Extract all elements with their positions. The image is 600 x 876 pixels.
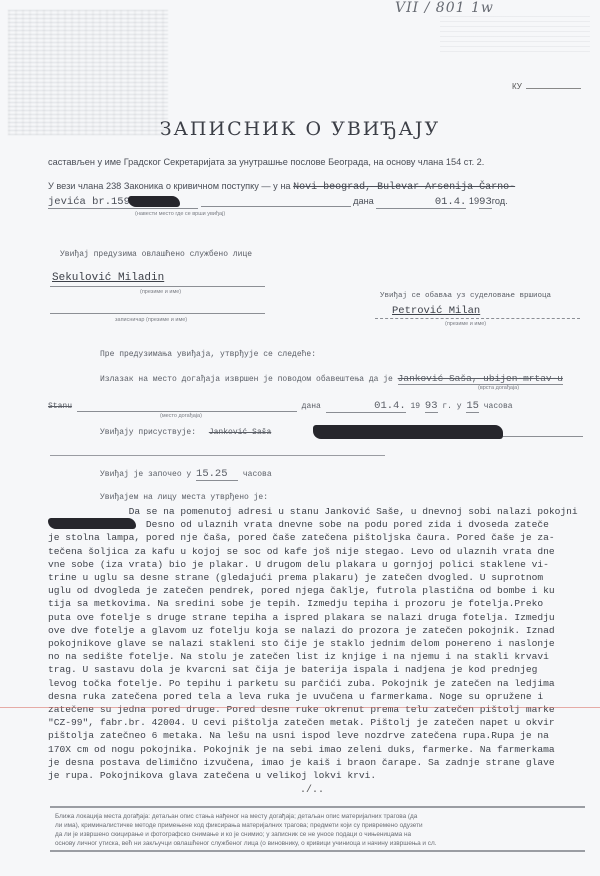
- event-date-value: 01.4.: [326, 400, 406, 413]
- footer-instructions: Ближа локација места догађаја: детаљан о…: [55, 812, 585, 848]
- footer-line: ли има), криминалистичке методе примењен…: [55, 821, 585, 830]
- footer-line: Ближа локација места догађаја: детаљан о…: [55, 812, 585, 821]
- date-label: дана: [353, 196, 374, 206]
- place-word: Stanu: [48, 402, 72, 411]
- official-label: Увиђај предузима овлашћено службено лице: [60, 250, 252, 259]
- findings-body: Da se na pomenutoj adresi u stanu Jankov…: [48, 505, 588, 782]
- body-line: je rupa. Pokojnikova glava zatečena u ve…: [48, 769, 588, 782]
- event-hours-word: часова: [484, 402, 513, 411]
- place-caption: (навести место где се врши увиђај): [135, 211, 225, 217]
- judge-label: Увиђај се обавља уз суделовање вршиоца: [380, 292, 551, 300]
- present-blank-line: [503, 436, 583, 437]
- body-line: trine u uglu sa desne strane (gledajući …: [48, 571, 588, 584]
- body-line: pokojnikove glave se nalazi stakleni sto…: [48, 637, 588, 650]
- scan-artifact-line: [0, 707, 600, 708]
- body-line: pištolja zatečneo 6 metaka. Na lešu na u…: [48, 729, 588, 742]
- start-label: Увиђај је започео у: [100, 470, 191, 479]
- place-blank: [201, 196, 351, 207]
- redaction-address-number: [128, 196, 180, 207]
- header-line-1: састављен у име Градског Секретаријата з…: [48, 157, 578, 167]
- event-hour-value: 15: [466, 400, 479, 413]
- header-line-2-prefix: У вези члана 238 Законика о кривичном по…: [48, 181, 291, 191]
- present-line: Увиђају присуствује: Janković Saša: [100, 428, 271, 437]
- start-time: 15.25: [196, 468, 238, 481]
- footer-line: основу личног утиска, већ ни закључци ов…: [55, 839, 585, 848]
- ku-blank-line: [526, 88, 581, 89]
- present-second-line: [50, 455, 385, 456]
- redaction-deceased-name: [48, 518, 136, 529]
- body-line: levog točka fotelje. Po tepihu i parketu…: [48, 677, 588, 690]
- scanned-document-page: VII / 801 1w КУ ЗАПИСНИК О УВИЂАЈУ саста…: [0, 0, 600, 876]
- body-line: je stolna lampa, pored nje čaša, pored č…: [48, 531, 588, 544]
- start-hours-word: часова: [243, 470, 272, 479]
- photocopy-smudge-top-left: [8, 10, 168, 135]
- body-line: Da se na pomenutoj adresi u stanu Jankov…: [48, 505, 588, 518]
- ku-label: КУ: [512, 82, 522, 91]
- body-line: vne sobe (iza vrata) bio je plakar. U dr…: [48, 558, 588, 571]
- present-label: Увиђају присуствује:: [100, 428, 196, 437]
- body-line: desna ruka zatečena pored tela a leva ru…: [48, 690, 588, 703]
- body-line: ove dve fotelje a glavom uz fotelju koja…: [48, 624, 588, 637]
- judge-caption: (презиме и име): [445, 321, 486, 327]
- year-suffix: год.: [492, 196, 508, 206]
- dispatch-text: Излазак на место догађаја извршен је пов…: [100, 375, 393, 384]
- event-year-prefix: 19: [410, 402, 420, 411]
- date-value: 01.4.: [376, 196, 466, 209]
- header-line-2: У вези члана 238 Законика о кривичном по…: [48, 181, 578, 193]
- event-date-label: дана: [302, 402, 321, 411]
- event-year-value: 93: [425, 400, 438, 413]
- year-value: 93: [479, 196, 492, 209]
- body-line: tija sa metkovima. Na sredini sobe je te…: [48, 597, 588, 610]
- body-line: zatečene su jedna pored druge. Pored des…: [48, 703, 588, 716]
- continuation-mark: ./..: [300, 785, 324, 796]
- footer-line: да ли је извршено скицирање и фотографск…: [55, 830, 585, 839]
- place-blank: [77, 402, 297, 412]
- findings-intro: Увиђајем на лицу места утврђено је:: [100, 493, 268, 502]
- ku-case-number-field: КУ: [512, 82, 581, 91]
- year-prefix: 19: [469, 196, 479, 206]
- event-date-line: Stanu дана 01.4. 19 93 г. у 15 часова: [48, 400, 588, 413]
- body-line: no na sedište fotelje. Na stolu je zateč…: [48, 650, 588, 663]
- present-struck-name: Janković Saša: [209, 428, 271, 437]
- pre-section-intro: Пре предузимања увиђаја, утврђује се сле…: [100, 350, 316, 359]
- body-line: tečena šoljica za kafu u kojoj se soc od…: [48, 545, 588, 558]
- start-line: Увиђај је започео у 15.25 часова: [100, 468, 272, 481]
- recorder-caption: записничар (презиме и име): [115, 317, 187, 323]
- recorder-line: [50, 313, 265, 314]
- footer-top-rule: [50, 806, 585, 808]
- judge-name: Petrović Milan: [392, 305, 480, 317]
- official-name-line: [50, 286, 265, 287]
- judge-name-line: [375, 318, 580, 319]
- dispatch-line: Излазак на место догађаја извршен је пов…: [100, 373, 563, 385]
- event-at-label: г. у: [442, 402, 461, 411]
- document-title: ЗАПИСНИК О УВИЂАЈУ: [0, 118, 600, 140]
- photocopy-smudge-top-right: [440, 12, 590, 52]
- body-line: trag. U sastavu dola je kvarcni sat čija…: [48, 663, 588, 676]
- place-of-event-caption: (место догађаја): [160, 413, 202, 419]
- body-line: puta ove fotelje s druge strane tepiha a…: [48, 611, 588, 624]
- footer-bottom-rule: [50, 850, 585, 852]
- redaction-present-persons: [313, 425, 503, 439]
- body-line: je desna postava delimično izvučena, ima…: [48, 756, 588, 769]
- body-line: uglu od dvogleda je zatečen pendrek, por…: [48, 584, 588, 597]
- official-caption: (презиме и име): [140, 289, 181, 295]
- dispatch-caption: (врста догађаја): [478, 385, 519, 391]
- official-name: Sekulović Miladin: [52, 272, 164, 284]
- handwritten-corner-note: VII / 801 1w: [395, 0, 494, 16]
- body-line: 170X cm od nogu pokojnika. Pokojnik je n…: [48, 743, 588, 756]
- body-line: "CZ-99", fabr.br. 42004. U cevi pištolja…: [48, 716, 588, 729]
- header-place-struck: Novi beograd, Bulevar Arsenija Čarno-: [293, 182, 515, 193]
- dispatch-struck: Janković Saša, ubijen-mrtav-u: [398, 373, 563, 385]
